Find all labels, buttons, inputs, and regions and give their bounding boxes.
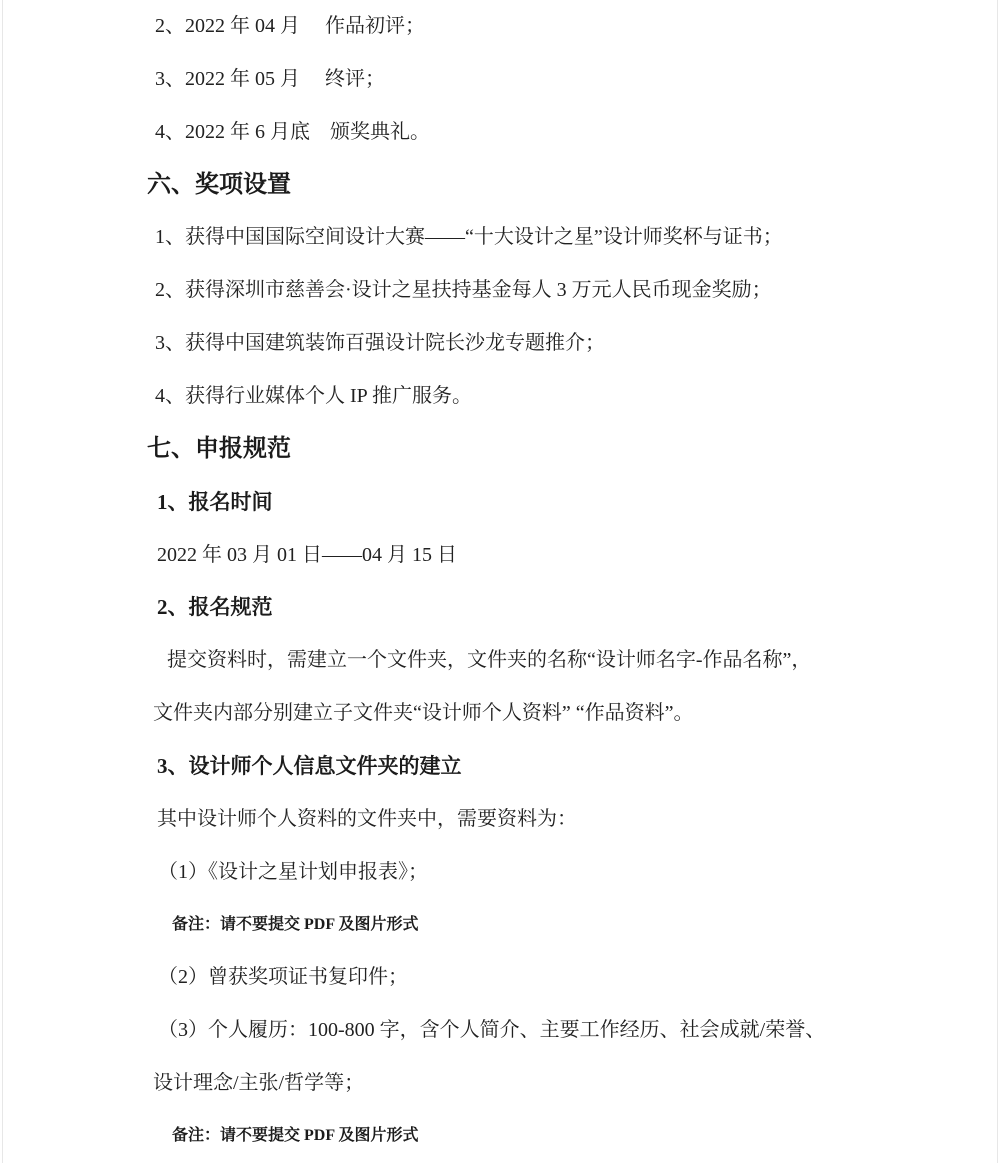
award-item-2: 2、获得深圳市慈善会·设计之星扶持基金每人 3 万元人民币现金奖励； bbox=[0, 264, 1000, 317]
document-body: 2、2022 年 04 月 作品初评； 3、2022 年 05 月 终评； 4、… bbox=[0, 0, 1000, 1163]
section-6-heading: 六、奖项设置 bbox=[0, 159, 1000, 212]
note-no-pdf-2: 备注：请不要提交 PDF 及图片形式 bbox=[0, 1110, 1000, 1163]
naming-rule-line-2: 文件夹内部分别建立子文件夹“设计师个人资料” “作品资料”。 bbox=[0, 687, 1000, 740]
requirement-3-line-2: 设计理念/主张/哲学等； bbox=[0, 1057, 1000, 1110]
requirement-3-line-1: （3）个人履历：100-800 字，含个人简介、主要工作经历、社会成就/荣誉、 bbox=[0, 1004, 1000, 1057]
subsection-3-heading: 3、设计师个人信息文件夹的建立 bbox=[0, 740, 1000, 793]
personal-folder-intro: 其中设计师个人资料的文件夹中，需要资料为： bbox=[0, 793, 1000, 846]
schedule-item-4: 4、2022 年 6 月底 颁奖典礼。 bbox=[0, 106, 1000, 159]
note-no-pdf-1: 备注：请不要提交 PDF 及图片形式 bbox=[0, 899, 1000, 952]
registration-date-range: 2022 年 03 月 01 日——04 月 15 日 bbox=[0, 529, 1000, 582]
subsection-1-heading: 1、报名时间 bbox=[0, 476, 1000, 529]
award-item-3: 3、获得中国建筑装饰百强设计院长沙龙专题推介； bbox=[0, 317, 1000, 370]
requirement-2: （2）曾获奖项证书复印件； bbox=[0, 951, 1000, 1004]
award-item-4: 4、获得行业媒体个人 IP 推广服务。 bbox=[0, 370, 1000, 423]
award-item-1: 1、获得中国国际空间设计大赛——“十大设计之星”设计师奖杯与证书； bbox=[0, 211, 1000, 264]
naming-rule-line-1: 提交资料时，需建立一个文件夹，文件夹的名称“设计师名字-作品名称”， bbox=[0, 634, 1000, 687]
document-page: 2、2022 年 04 月 作品初评； 3、2022 年 05 月 终评； 4、… bbox=[0, 0, 1000, 1163]
section-7-heading: 七、申报规范 bbox=[0, 423, 1000, 476]
schedule-item-2: 2、2022 年 04 月 作品初评； bbox=[0, 0, 1000, 53]
requirement-1: （1）《设计之星计划申报表》； bbox=[0, 846, 1000, 899]
subsection-2-heading: 2、报名规范 bbox=[0, 581, 1000, 634]
schedule-item-3: 3、2022 年 05 月 终评； bbox=[0, 53, 1000, 106]
